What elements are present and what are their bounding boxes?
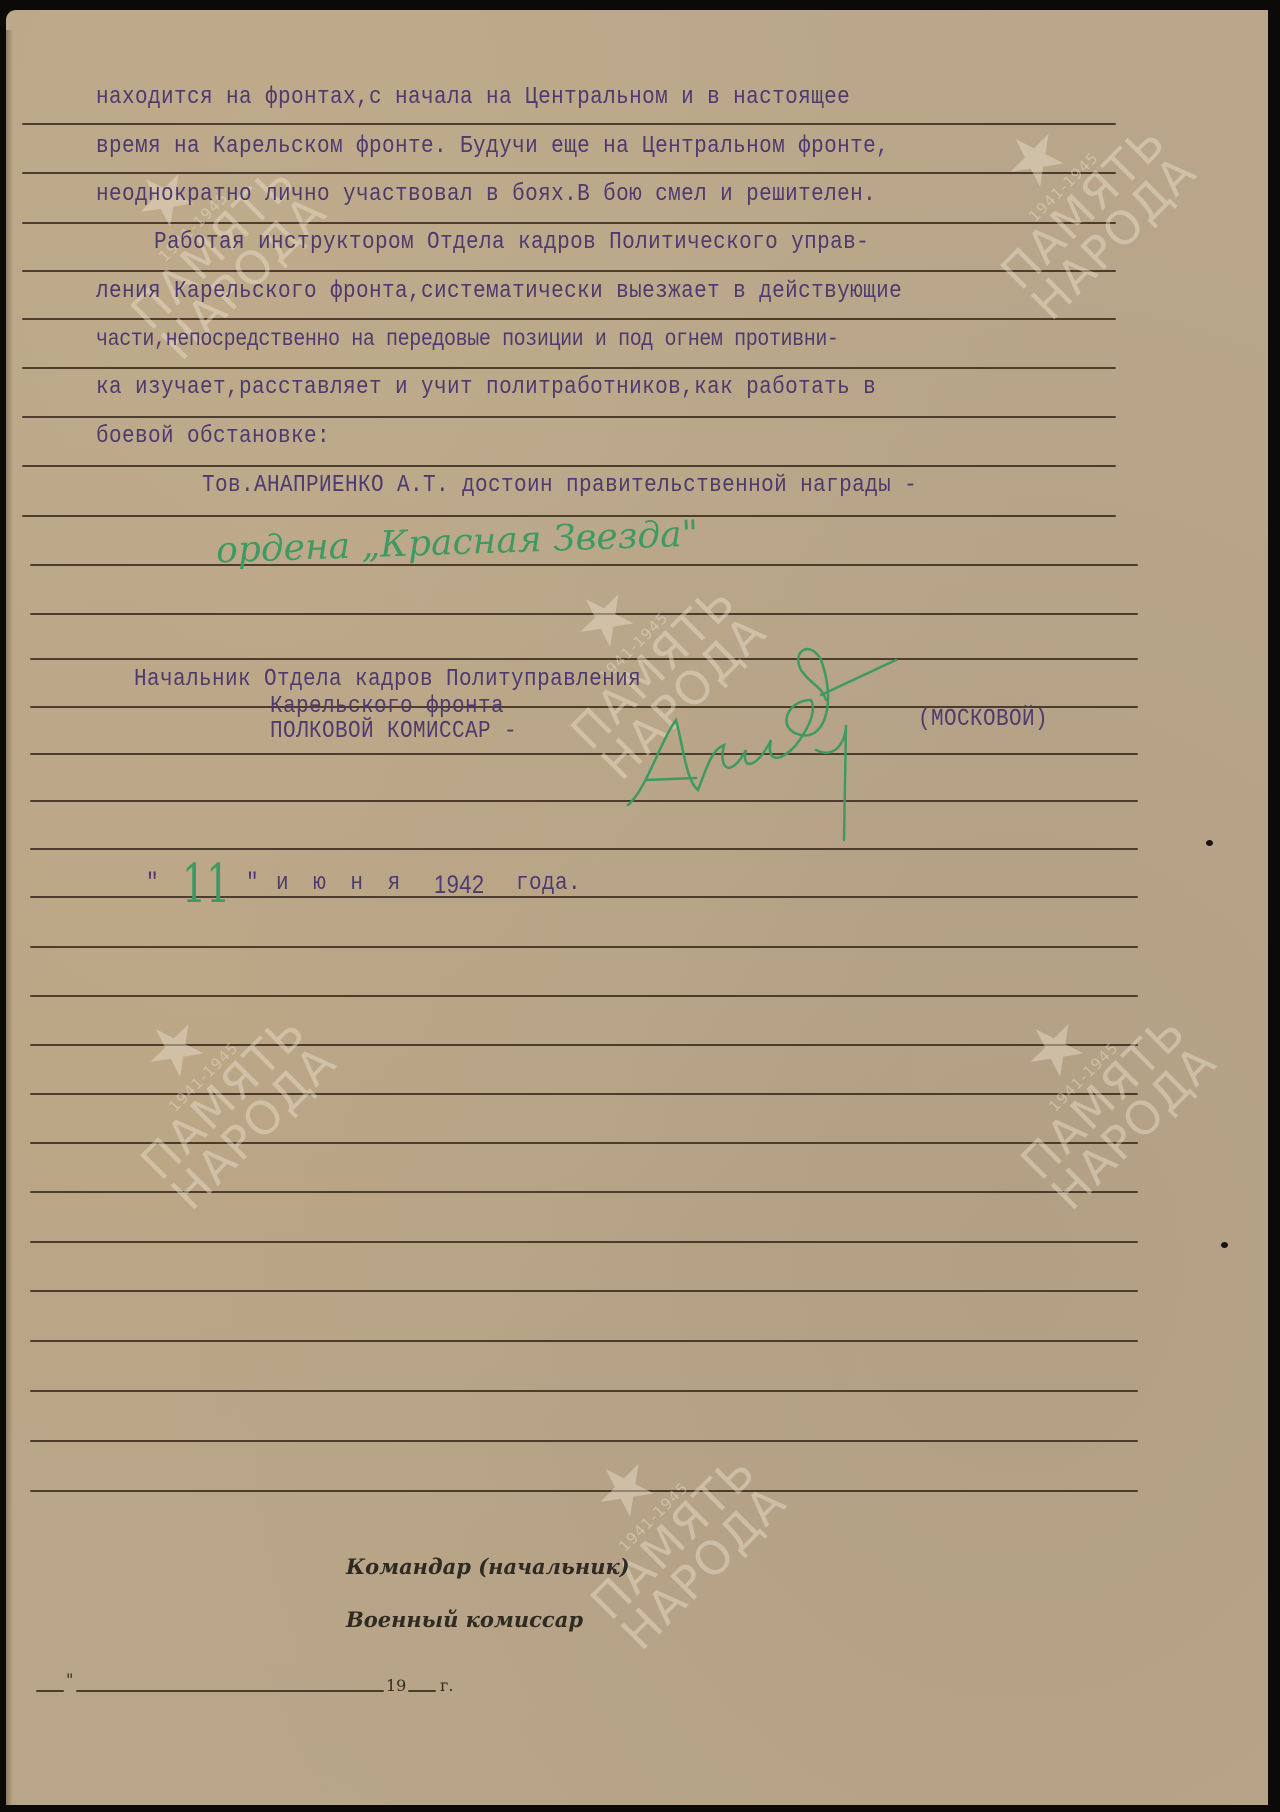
watermark-star-icon: ★ xyxy=(957,951,1152,1146)
ruled-line xyxy=(30,658,1138,660)
ruled-line xyxy=(30,1290,1138,1292)
ruled-line xyxy=(22,367,1116,369)
date-day-handwritten: 11 xyxy=(182,853,230,915)
ruled-line xyxy=(30,848,1138,850)
ruled-line xyxy=(30,1142,1138,1144)
watermark-star-icon: ★ xyxy=(937,61,1132,256)
watermark-star-icon: ★ xyxy=(77,951,272,1146)
award-line: Тов.АНАПРИЕНКО А.Т. достоин правительств… xyxy=(202,473,917,499)
watermark: ★ 1941-1945 ПАМЯТЬ НАРОДА xyxy=(937,61,1204,328)
paper-speck xyxy=(1206,840,1213,846)
ruled-line xyxy=(22,123,1116,125)
date-blank-line xyxy=(408,1690,436,1692)
signature xyxy=(606,640,906,880)
ruled-line xyxy=(30,1093,1138,1095)
award-handwritten: ордена „Красная Звезда" xyxy=(215,514,698,572)
ruled-line xyxy=(30,1241,1138,1243)
ruled-line xyxy=(30,1440,1138,1442)
commissar-label: Военный комиссар xyxy=(346,1607,583,1632)
signatory-rank: ПОЛКОВОЙ КОМИССАР - xyxy=(270,719,517,745)
page-edge xyxy=(6,30,13,1805)
date-blank-line xyxy=(36,1690,64,1692)
body-line: время на Карельском фронте. Будучи еще н… xyxy=(96,134,889,160)
ruled-line xyxy=(30,1044,1138,1046)
ruled-line xyxy=(22,515,1116,517)
watermark: ★ 1941-1945 ПАМЯТЬ НАРОДА xyxy=(77,951,344,1218)
body-line: неоднократно лично участвовал в боях.В б… xyxy=(96,182,876,208)
ruled-line xyxy=(30,1390,1138,1392)
date-blank: " 19 г. xyxy=(36,1670,516,1694)
ruled-line xyxy=(30,613,1138,615)
body-line: ления Карельского фронта,систематически … xyxy=(96,279,902,305)
body-line: находится на фронтах,с начала на Централ… xyxy=(96,85,850,111)
ruled-line xyxy=(30,1191,1138,1193)
ruled-line xyxy=(30,564,1138,566)
date-open-quote: " xyxy=(146,871,159,897)
ruled-line xyxy=(30,946,1138,948)
ruled-line xyxy=(30,800,1138,802)
body-line: части,непосредственно на передовые позиц… xyxy=(96,327,839,353)
date-suffix: года. xyxy=(516,871,581,897)
paper-speck xyxy=(1221,1242,1228,1248)
body-line: Работая инструктором Отдела кадров Полит… xyxy=(154,230,869,256)
signatory-title: Начальник Отдела кадров Политуправления xyxy=(134,667,641,693)
ruled-line xyxy=(22,318,1116,320)
ruled-line xyxy=(22,222,1116,224)
commander-label: Командар (начальник) xyxy=(346,1554,630,1579)
ruled-line xyxy=(22,416,1116,418)
ruled-line xyxy=(30,995,1138,997)
ruled-line xyxy=(22,270,1116,272)
date-blank-line xyxy=(76,1690,384,1692)
date-month: и ю н я xyxy=(276,871,406,897)
watermark: ★ 1941-1945 ПАМЯТЬ НАРОДА xyxy=(957,951,1224,1218)
signatory-front: Карельского фронта xyxy=(270,694,504,720)
ruled-line xyxy=(30,1490,1138,1492)
ruled-line xyxy=(22,465,1116,467)
signatory-name: (МОСКОВОЙ) xyxy=(918,707,1048,733)
body-line: ка изучает,расставляет и учит политработ… xyxy=(96,375,876,401)
ruled-line xyxy=(30,753,1138,755)
date-year: 1942 xyxy=(434,870,485,900)
date-close-quote: " xyxy=(246,871,259,897)
ruled-line xyxy=(30,1340,1138,1342)
ruled-line xyxy=(22,172,1116,174)
body-line: боевой обстановке: xyxy=(96,424,330,450)
document-page: ★ 1941-1945 ПАМЯТЬ НАРОДА ★ 1941-1945 ПА… xyxy=(6,10,1268,1805)
